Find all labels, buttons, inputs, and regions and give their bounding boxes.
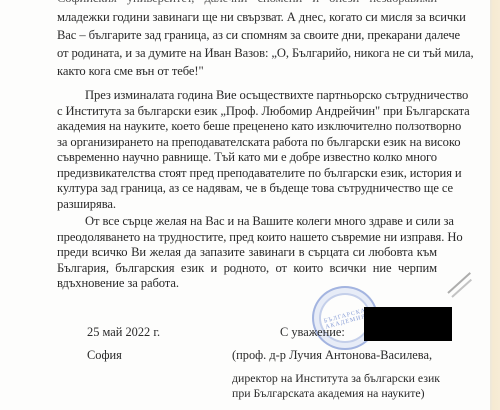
paragraph-2-line-8: разширява. [57,197,437,212]
paragraph-3-line-1: От все сърце желая на Вас и на Вашите ко… [85,214,437,229]
letter-place: София [87,348,122,363]
paragraph-3-line-4: България, българския език и родното, от … [57,261,437,276]
paragraph-1-line-3: Вас – българите зад граница, аз си спомн… [57,28,437,43]
paragraph-1-line-2: младежки години завинаги ще ни свързват.… [57,10,437,25]
letter-date: 25 май 2022 г. [87,325,160,340]
paragraph-2-line-2: с Института за български език „Проф. Люб… [57,104,437,119]
paragraph-2-line-3: академия на науките, което беше преценен… [57,119,437,134]
paragraph-1-line-4: от родината, и за думите на Иван Вазов: … [57,46,437,61]
paragraph-1-line-5: както кога сме вън от тебе!" [57,64,437,79]
paragraph-3-line-3: преди всичко Ви желая да запазите завина… [57,245,437,260]
signatory-name: (проф. д-р Лучия Антонова-Василева, [232,348,432,363]
letter-page: Софийския университет, далечни спомени и… [0,0,492,410]
closing-salutation: С уважение: [280,325,345,340]
paragraph-2-line-4: за организирането на преподавателската р… [57,135,437,150]
paragraph-2-line-1: През изминалата година Вие осъществихте … [85,88,437,103]
paragraph-2-line-6: предизвикателства стоят пред преподавате… [57,166,437,181]
paper-edge [490,0,500,410]
paragraph-2-line-7: култура зад граница, аз се надявам, че в… [57,181,437,196]
paragraph-2-line-5: съвременно научно равнище. Тъй като ми е… [57,150,437,165]
signatory-title-line-2: при Българската академия на науките) [232,386,425,401]
signatory-title-line-1: директор на Института за български език [232,371,440,386]
paragraph-3-line-2: преодоляването на трудностите, пред коит… [57,230,437,245]
paragraph-1-line-1: Софийския университет, далечни спомени и… [57,0,437,6]
paragraph-3-line-5: вдъхновение за работа. [57,276,437,291]
redacted-signature-box [364,307,452,341]
